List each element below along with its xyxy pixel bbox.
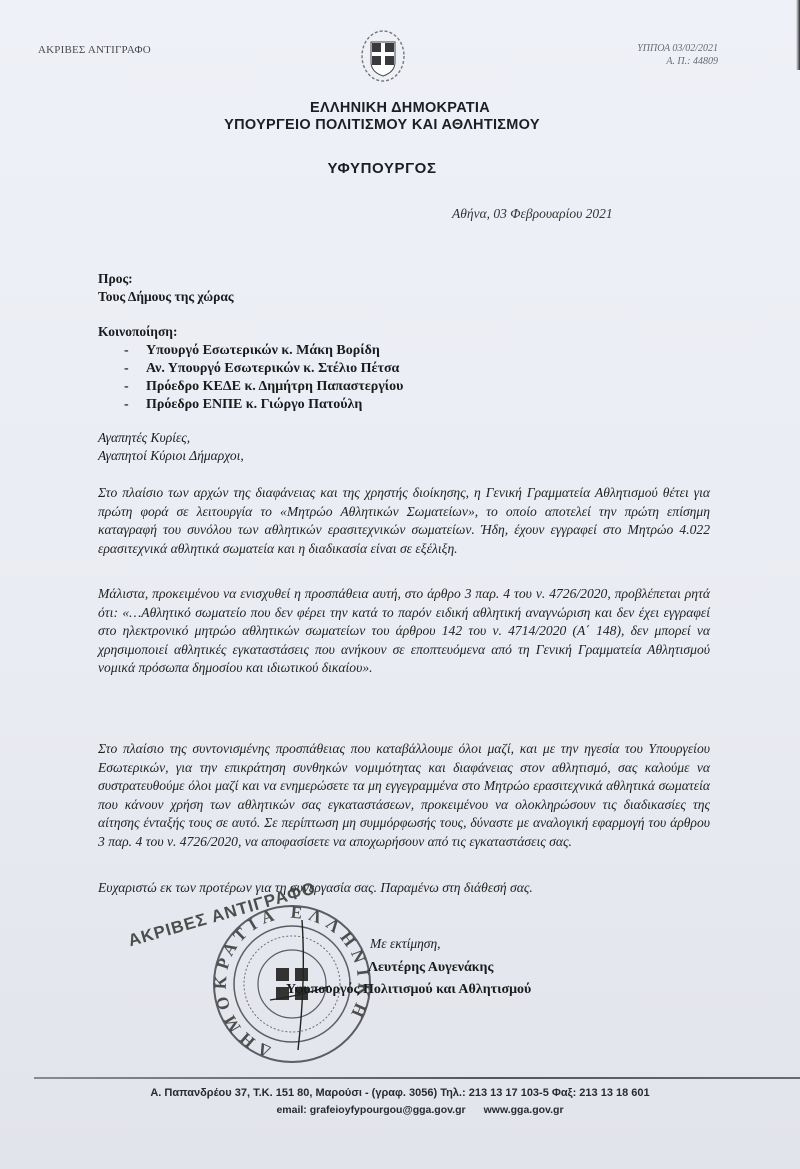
closing: Με εκτίμηση, [370, 936, 441, 952]
letter-date: Αθήνα, 03 Φεβρουαρίου 2021 [452, 206, 613, 222]
footer-website: www.gga.gov.gr [484, 1104, 564, 1116]
to-value: Τους Δήμους της χώρας [98, 289, 234, 305]
cc-item-text: Πρόεδρο ΚΕΔΕ κ. Δημήτρη Παπαστεργίου [146, 379, 403, 394]
signatory-name: Λευτέρης Αυγενάκης [368, 960, 493, 976]
cc-item: -Πρόεδρο ΕΝΠΕ κ. Γιώργο Πατούλη [124, 396, 403, 414]
cc-item-text: Αν. Υπουργό Εσωτερικών κ. Στέλιο Πέτσα [146, 361, 399, 376]
protocol-line-1: ΥΠΠΟΑ 03/02/2021 [637, 42, 718, 55]
protocol-line-2: Α. Π.: 44809 [637, 55, 718, 68]
bullet-dash: - [124, 378, 146, 396]
footer-address: Α. Παπανδρέου 37, Τ.Κ. 151 80, Μαρούσι -… [0, 1087, 800, 1099]
salutation-line-1: Αγαπητές Κυρίες, [98, 429, 244, 447]
salutation: Αγαπητές Κυρίες, Αγαπητοί Κύριοι Δήμαρχο… [98, 429, 244, 465]
copy-mark: ΑΚΡΙΒΕΣ ΑΝΤΙΓΡΑΦΟ [38, 44, 151, 56]
cc-list: -Υπουργό Εσωτερικών κ. Μάκη Βορίδη -Αν. … [124, 342, 403, 414]
greek-coat-of-arms-icon [358, 28, 408, 84]
republic-title: ΕΛΛΗΝΙΚΗ ΔΗΜΟΚΡΑΤΙΑ [0, 100, 800, 116]
bullet-dash: - [124, 342, 146, 360]
page-edge-shadow [796, 0, 800, 70]
office-title: ΥΦΥΠΟΥΡΓΟΣ [0, 160, 782, 177]
footer-contact: email: grafeioyfypourgou@gga.gov.grwww.g… [0, 1104, 800, 1116]
cc-item-text: Υπουργό Εσωτερικών κ. Μάκη Βορίδη [146, 343, 380, 358]
bullet-dash: - [124, 396, 146, 414]
body-paragraph-1: Στο πλαίσιο των αρχών της διαφάνειας και… [98, 484, 710, 558]
ministry-title: ΥΠΟΥΡΓΕΙΟ ΠΟΛΙΤΙΣΜΟΥ ΚΑΙ ΑΘΛΗΤΙΣΜΟΥ [0, 117, 782, 133]
footer-divider [34, 1077, 800, 1079]
cc-item-text: Πρόεδρο ΕΝΠΕ κ. Γιώργο Πατούλη [146, 397, 362, 412]
cc-item: -Πρόεδρο ΚΕΔΕ κ. Δημήτρη Παπαστεργίου [124, 378, 403, 396]
cc-item: -Αν. Υπουργό Εσωτερικών κ. Στέλιο Πέτσα [124, 360, 403, 378]
cc-label: Κοινοποίηση: [98, 324, 177, 340]
footer-email: email: grafeioyfypourgou@gga.gov.gr [276, 1104, 465, 1116]
cc-item: -Υπουργό Εσωτερικών κ. Μάκη Βορίδη [124, 342, 403, 360]
bullet-dash: - [124, 360, 146, 378]
signatory-title: Υφυπουργός Πολιτισμού και Αθλητισμού [286, 982, 531, 998]
to-label: Προς: [98, 271, 133, 287]
law-quote: «…Αθλητικό σωματείο που δεν φέρει την κα… [98, 605, 710, 676]
protocol-number: ΥΠΠΟΑ 03/02/2021 Α. Π.: 44809 [637, 42, 718, 68]
salutation-line-2: Αγαπητοί Κύριοι Δήμαρχοι, [98, 447, 244, 465]
body-paragraph-2: Μάλιστα, προκειμένου να ενισχυθεί η προσ… [98, 585, 710, 678]
body-paragraph-3: Στο πλαίσιο της συντονισμένης προσπάθεια… [98, 740, 710, 852]
